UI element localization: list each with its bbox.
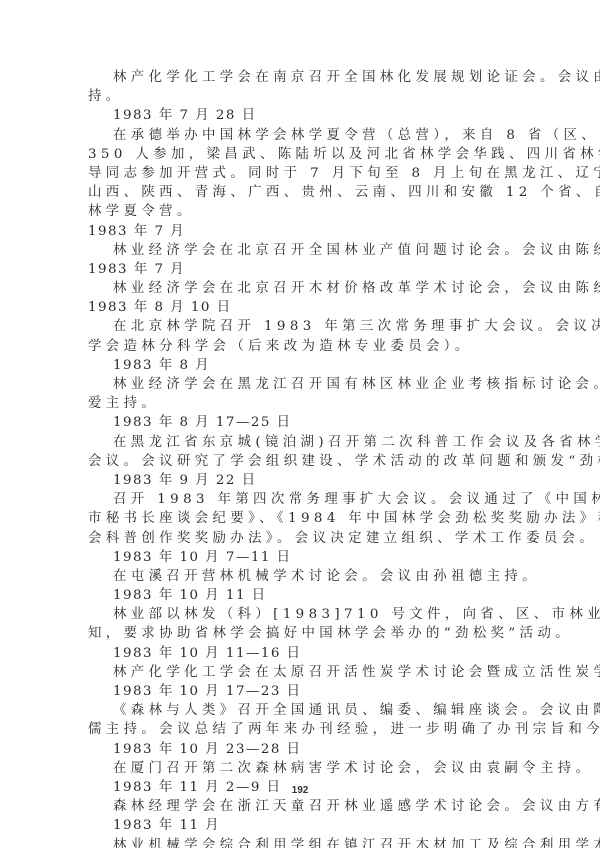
date-heading: 1983 年 10 月 7—11 日: [88, 548, 514, 567]
text-line: 在黑龙江省东京城(镜泊湖)召开第二次科普工作会议及各省林学会秘书长: [88, 433, 514, 452]
date-heading: 1983 年 7 月 28 日: [88, 106, 514, 125]
text-line: 儒主持。会议总结了两年来办刊经验，进一步明确了办刊宗旨和今后工作方向。: [88, 720, 514, 739]
text-line: 导同志参加开营式。同时于 7 月下旬至 8 月上旬在黑龙江、辽宁、山东、河南、: [88, 164, 514, 183]
date-heading: 1983 年 10 月 17—23 日: [88, 682, 514, 701]
text-line: 在北京林学院召开 1983 年第三次常务理事扩大会议。会议决定成立中国林: [88, 317, 514, 336]
date-heading: 1983 年 7 月: [88, 222, 514, 241]
date-heading: 1983 年 10 月 23—28 日: [88, 740, 514, 759]
text-line: 林产化学化工学会在南京召开全国林化发展规划论证会。会议由贺近恪主: [88, 68, 514, 87]
text-line: 林学夏令营。: [88, 202, 514, 221]
text-line: 林业经济学会在黑龙江召开国有林区林业企业考核指标讨论会。会议由陈统: [88, 375, 514, 394]
text-line: 林业机械学会综合利用学组在镇江召开木材加工及综合利用学术讨论会。: [88, 836, 514, 848]
date-heading: 1983 年 8 月 10 日: [88, 298, 514, 317]
date-heading: 1983 年 9 月 22 日: [88, 471, 514, 490]
date-heading: 1983 年 8 月: [88, 356, 514, 375]
text-line: 学会造林分科学会（后来改为造林专业委员会）。: [88, 337, 514, 356]
text-line: 350 人参加，梁昌武、陈陆圻以及河北省林学会华践、四川省林学会王继贵等领: [88, 145, 514, 164]
text-line: 林业经济学会在北京召开木材价格改革学术讨论会，会议由陈统爱主持。: [88, 279, 514, 298]
date-heading: 1983 年 7 月: [88, 260, 514, 279]
text-line: 会科普创作奖奖励办法》。会议决定建立组织、学术工作委员会。: [88, 529, 514, 548]
text-line: 在承德举办中国林学会林学夏令营（总营），来自 8 省（区、市）的营员: [88, 126, 514, 145]
text-line: 林业部以林发（科）[1983]710 号文件，向省、区、市林业厅（局)发出通: [88, 605, 514, 624]
page-number: 192: [0, 785, 600, 796]
text-line: 知，要求协助省林学会搞好中国林学会举办的“劲松奖”活动。: [88, 624, 514, 643]
text-line: 市秘书长座谈会纪要》、《1984 年中国林学会劲松奖奖励办法》和《中国林学: [88, 509, 514, 528]
text-line: 爱主持。: [88, 394, 514, 413]
text-line: 召开 1983 年第四次常务理事扩大会议。会议通过了《中国林学会省、区、: [88, 490, 514, 509]
text-line: 会议。会议研究了学会组织建设、学术活动的改革问题和颁发“劲松奖”等问题。: [88, 452, 514, 471]
text-line: 在厦门召开第二次森林病害学术讨论会，会议由袁嗣令主持。: [88, 759, 514, 778]
document-body: 林产化学化工学会在南京召开全国林化发展规划论证会。会议由贺近恪主持。1983 年…: [88, 68, 514, 848]
text-line: 《森林与人类》召开全国通讯员、编委、编辑座谈会。会议由陶东岱、汪振: [88, 701, 514, 720]
date-heading: 1983 年 8 月 17—25 日: [88, 413, 514, 432]
text-line: 林业经济学会在北京召开全国林业产值问题讨论会。会议由陈统爱主持。: [88, 241, 514, 260]
date-heading: 1983 年 10 月 11 日: [88, 586, 514, 605]
date-heading: 1983 年 10 月 11—16 日: [88, 644, 514, 663]
text-line: 持。: [88, 87, 514, 106]
text-line: 森林经理学会在浙江天童召开林业遥感学术讨论会。会议由方有清主持。: [88, 797, 514, 816]
text-line: 山西、陕西、青海、广西、贵州、云南、四川和安徽 12 个省、自治区分别举办: [88, 183, 514, 202]
date-heading: 1983 年 11 月: [88, 816, 514, 835]
text-line: 林产化学化工学会在太原召开活性炭学术讨论会暨成立活性炭学组会。: [88, 663, 514, 682]
text-line: 在屯溪召开营林机械学术讨论会。会议由孙祖德主持。: [88, 567, 514, 586]
